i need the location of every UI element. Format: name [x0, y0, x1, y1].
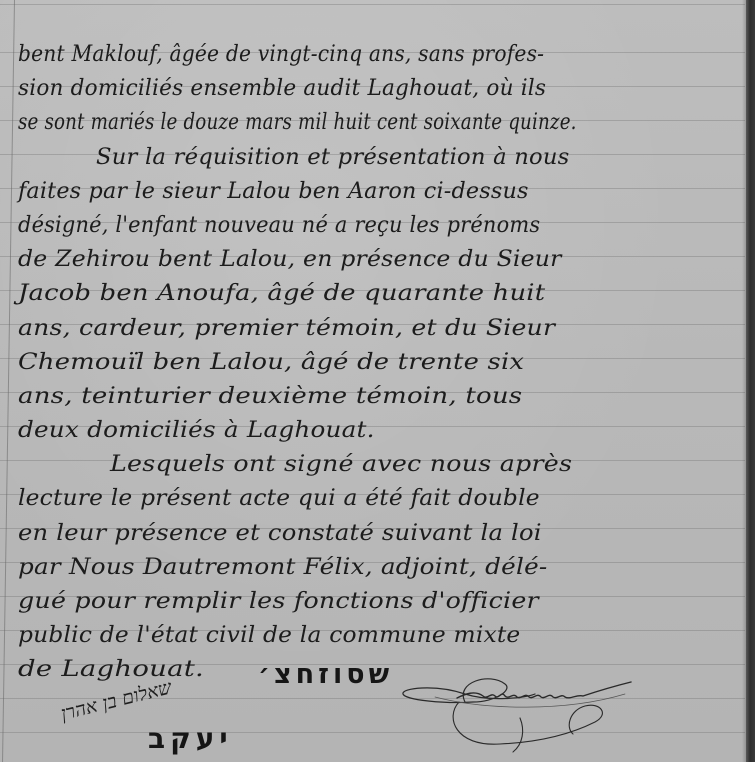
text-line-15: en leur présence et constaté suivant la …	[18, 517, 730, 551]
text-line-6: désigné, l'enfant nouveau né a reçu les …	[18, 209, 730, 243]
text-line-4: Sur la réquisition et présentation à nou…	[18, 141, 730, 175]
text-line-content: Sur la réquisition et présentation à nou…	[96, 141, 570, 175]
text-line-3: se sont mariés le douze mars mil huit ce…	[18, 106, 730, 140]
handwritten-text-block: bent Maklouf, âgée de vingt-cinq ans, sa…	[18, 38, 730, 688]
text-line-9: ans, cardeur, premier témoin, et du Sieu…	[18, 312, 730, 346]
text-line-content: Lesquels ont signé avec nous après	[110, 448, 572, 482]
document-page: bent Maklouf, âgée de vingt-cinq ans, sa…	[0, 0, 755, 762]
text-line-2: sion domiciliés ensemble audit Laghouat,…	[18, 72, 730, 106]
text-line-content: sion domiciliés ensemble audit Laghouat,…	[18, 72, 546, 106]
text-line-content: lecture le présent acte qui a été fait d…	[18, 482, 540, 516]
text-line-content: ans, teinturier deuxième témoin, tous	[18, 380, 522, 414]
text-line-13: Lesquels ont signé avec nous après	[18, 448, 730, 482]
text-line-content: bent Maklouf, âgée de vingt-cinq ans, sa…	[18, 38, 544, 72]
text-line-content: ans, cardeur, premier témoin, et du Sieu…	[18, 312, 555, 346]
text-line-content: par Nous Dautremont Félix, adjoint, délé…	[18, 551, 547, 585]
text-line-18: public de l'état civil de la commune mix…	[18, 619, 730, 653]
text-line-5: faites par le sieur Lalou ben Aaron ci-d…	[18, 175, 730, 209]
text-line-1: bent Maklouf, âgée de vingt-cinq ans, sa…	[18, 38, 730, 72]
text-line-content: se sont mariés le douze mars mil huit ce…	[18, 106, 577, 140]
text-line-12: deux domiciliés à Laghouat.	[18, 414, 730, 448]
text-line-7: de Zehirou bent Lalou, en présence du Si…	[18, 243, 730, 277]
text-line-16: par Nous Dautremont Félix, adjoint, délé…	[18, 551, 730, 585]
text-line-10: Chemouïl ben Lalou, âgé de trente six	[18, 346, 730, 380]
text-line-content: faites par le sieur Lalou ben Aaron ci-d…	[18, 175, 529, 209]
text-line-11: ans, teinturier deuxième témoin, tous	[18, 380, 730, 414]
page-binding-edge	[746, 0, 755, 762]
text-line-content: désigné, l'enfant nouveau né a reçu les …	[18, 209, 540, 243]
text-line-19: de Laghouat.	[18, 653, 730, 687]
text-line-content: public de l'état civil de la commune mix…	[18, 619, 520, 653]
text-line-content: Chemouïl ben Lalou, âgé de trente six	[18, 346, 524, 380]
text-line-content: Jacob ben Anoufa, âgé de quarante huit	[18, 277, 545, 311]
text-line-14: lecture le présent acte qui a été fait d…	[18, 482, 730, 516]
text-line-content: gué pour remplir les fonctions d'officie…	[18, 585, 539, 619]
text-line-content: de Laghouat.	[18, 653, 204, 687]
text-line-content: deux domiciliés à Laghouat.	[18, 414, 375, 448]
text-line-17: gué pour remplir les fonctions d'officie…	[18, 585, 730, 619]
text-line-content: en leur présence et constaté suivant la …	[18, 517, 542, 551]
text-line-8: Jacob ben Anoufa, âgé de quarante huit	[18, 277, 730, 311]
text-line-content: de Zehirou bent Lalou, en présence du Si…	[18, 243, 562, 277]
